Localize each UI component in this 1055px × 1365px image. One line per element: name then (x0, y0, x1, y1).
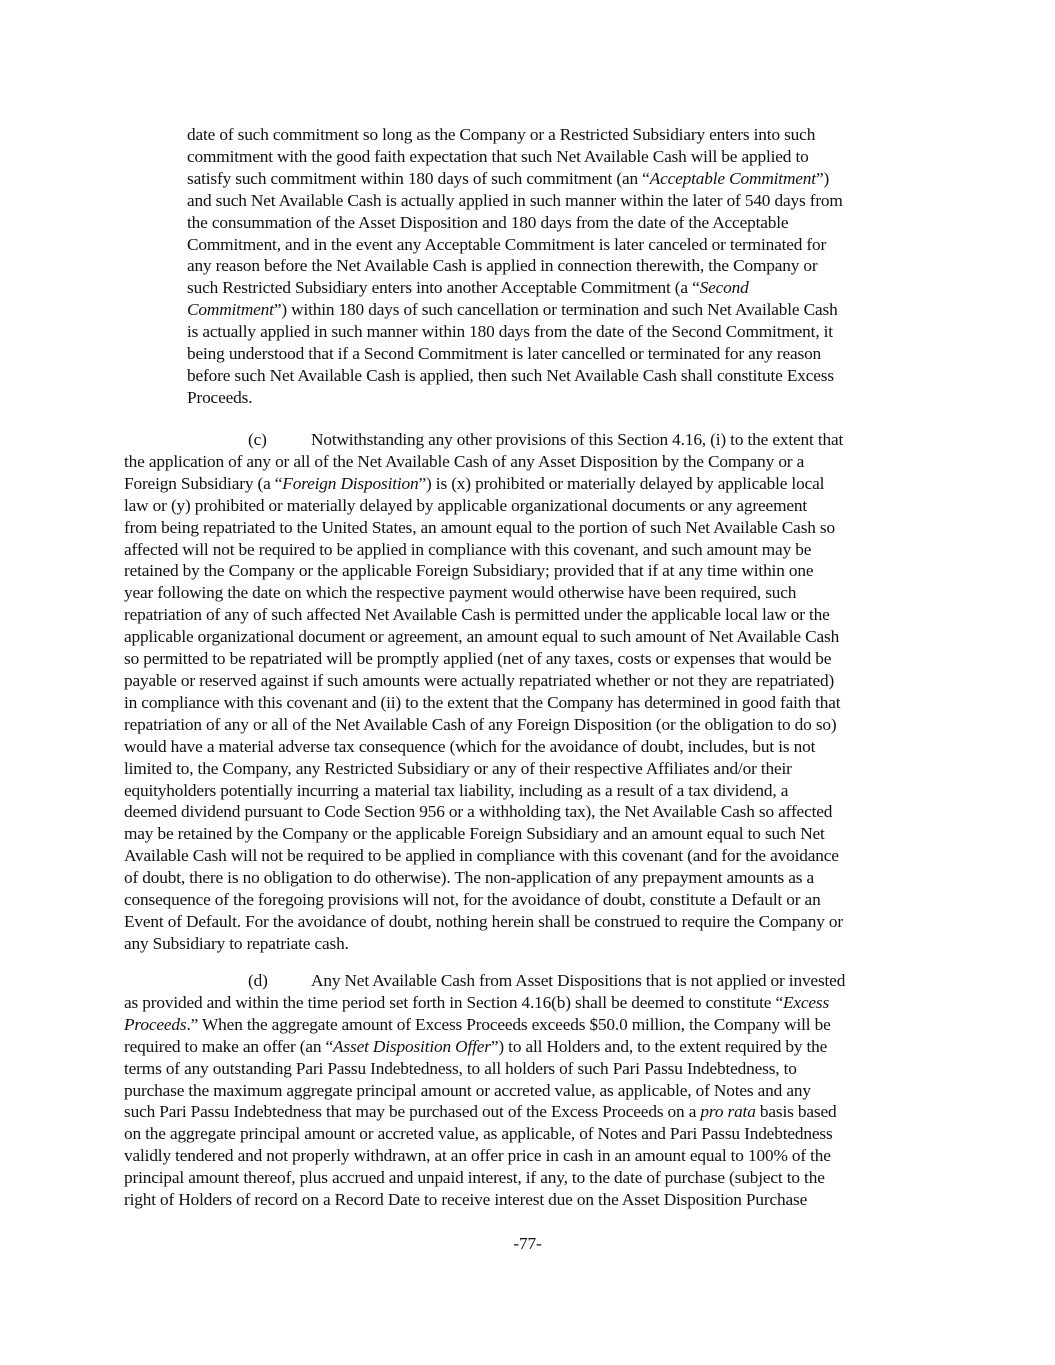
document-page: date of such commitment so long as the C… (0, 0, 1055, 1365)
text-line: retained by the Company or the applicabl… (124, 560, 843, 582)
text-line: such Pari Passu Indebtedness that may be… (124, 1101, 845, 1123)
text-line: repatriation of any of such affected Net… (124, 604, 843, 626)
text-line: date of such commitment so long as the C… (187, 124, 843, 146)
text-line: deemed dividend pursuant to Code Section… (124, 801, 843, 823)
text-line: commitment with the good faith expectati… (187, 146, 843, 168)
text-line: applicable organizational document or ag… (124, 626, 843, 648)
text-line: required to make an offer (an “Asset Dis… (124, 1036, 845, 1058)
text-line: the application of any or all of the Net… (124, 451, 843, 473)
text-line: before such Net Available Cash is applie… (187, 365, 843, 387)
text-line: satisfy such commitment within 180 days … (187, 168, 843, 190)
text-line: year following the date on which the res… (124, 582, 843, 604)
defined-term: Acceptable Commitment (650, 169, 816, 188)
defined-term: pro rata (700, 1102, 755, 1121)
text-line: would have a material adverse tax conseq… (124, 736, 843, 758)
text-line: payable or reserved against if such amou… (124, 670, 843, 692)
defined-term: Foreign Disposition (282, 474, 418, 493)
text-line: (d)Any Net Available Cash from Asset Dis… (124, 970, 845, 992)
text-line: terms of any outstanding Pari Passu Inde… (124, 1058, 845, 1080)
paragraph-b-continuation: date of such commitment so long as the C… (187, 124, 843, 409)
text-line: as provided and within the time period s… (124, 992, 845, 1014)
text-line: being understood that if a Second Commit… (187, 343, 843, 365)
text-line: (c)Notwithstanding any other provisions … (124, 429, 843, 451)
text-line: Proceeds.” When the aggregate amount of … (124, 1014, 845, 1036)
defined-term: Asset Disposition Offer (333, 1037, 491, 1056)
text-line: may be retained by the Company or the ap… (124, 823, 843, 845)
text-line: is actually applied in such manner withi… (187, 321, 843, 343)
defined-term: Proceeds (124, 1015, 186, 1034)
text-line: Event of Default. For the avoidance of d… (124, 911, 843, 933)
text-line: validly tendered and not properly withdr… (124, 1145, 845, 1167)
text-line: Foreign Subsidiary (a “Foreign Dispositi… (124, 473, 843, 495)
text-line: the consummation of the Asset Dispositio… (187, 212, 843, 234)
text-line: any Subsidiary to repatriate cash. (124, 933, 843, 955)
text-line: consequence of the foregoing provisions … (124, 889, 843, 911)
text-line: right of Holders of record on a Record D… (124, 1189, 845, 1211)
text-line: affected will not be required to be appl… (124, 539, 843, 561)
text-line: repatriation of any or all of the Net Av… (124, 714, 843, 736)
text-line: limited to, the Company, any Restricted … (124, 758, 843, 780)
text-line: any reason before the Net Available Cash… (187, 255, 843, 277)
text-line: equityholders potentially incurring a ma… (124, 780, 843, 802)
defined-term: Second (700, 278, 749, 297)
page-number: -77- (0, 1233, 1055, 1255)
paragraph-marker: (c) (248, 429, 311, 451)
text-line: principal amount thereof, plus accrued a… (124, 1167, 845, 1189)
text-line: Commitment, and in the event any Accepta… (187, 234, 843, 256)
text-line: so permitted to be repatriated will be p… (124, 648, 843, 670)
text-line: Commitment”) within 180 days of such can… (187, 299, 843, 321)
paragraph-marker: (d) (248, 970, 311, 992)
paragraph-d: (d)Any Net Available Cash from Asset Dis… (124, 970, 845, 1211)
text-line: Available Cash will not be required to b… (124, 845, 843, 867)
text-line: from being repatriated to the United Sta… (124, 517, 843, 539)
defined-term: Commitment (187, 300, 274, 319)
text-line: and such Net Available Cash is actually … (187, 190, 843, 212)
paragraph-c: (c)Notwithstanding any other provisions … (124, 429, 843, 955)
text-line: purchase the maximum aggregate principal… (124, 1080, 845, 1102)
text-line: in compliance with this covenant and (ii… (124, 692, 843, 714)
text-line: law or (y) prohibited or materially dela… (124, 495, 843, 517)
defined-term: Excess (783, 993, 829, 1012)
text-line: such Restricted Subsidiary enters into a… (187, 277, 843, 299)
text-line: on the aggregate principal amount or acc… (124, 1123, 845, 1145)
text-line: of doubt, there is no obligation to do o… (124, 867, 843, 889)
text-line: Proceeds. (187, 387, 843, 409)
